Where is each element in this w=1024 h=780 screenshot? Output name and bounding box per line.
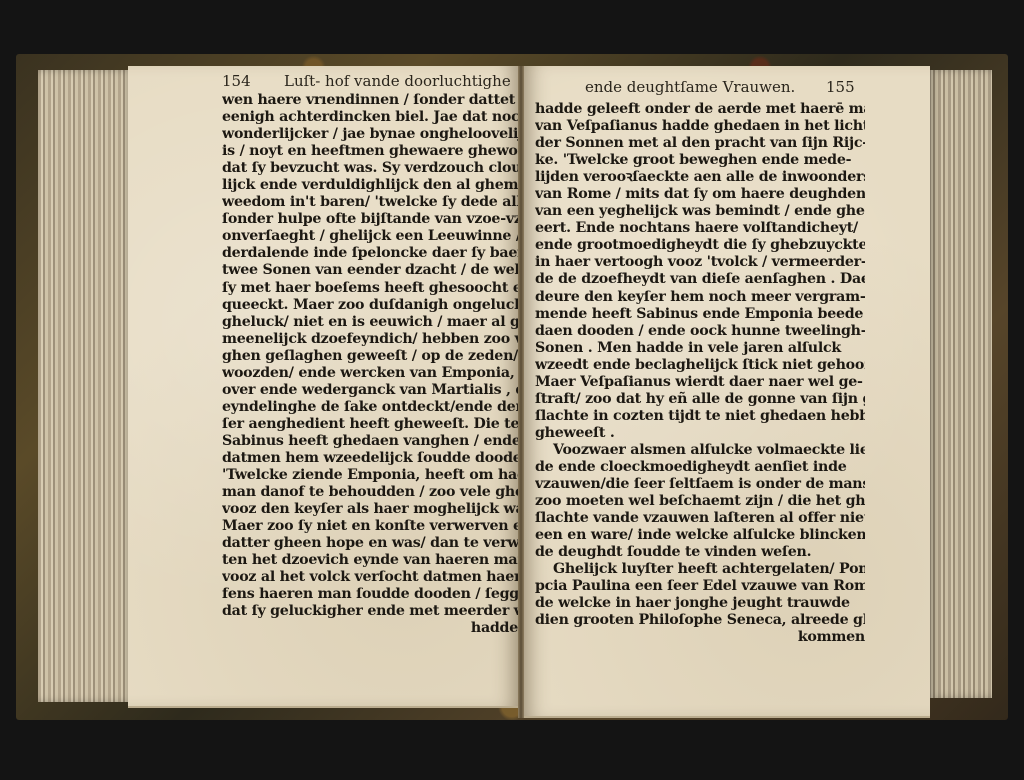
text-line: de welcke in haer jonghe jeught trauwde — [535, 595, 865, 612]
text-line: 'Twelcke ziende Emponia, heeft om haeren — [222, 467, 518, 484]
paragraph-start: Voozwaer alsmen alſulcke volmaeckte lief… — [535, 442, 865, 459]
text-line: deure den keyſer hem noch meer vergram- — [535, 289, 865, 306]
left-page-block — [38, 70, 134, 702]
text-line: wonderlijcker / jae bynae ongheloovelijc… — [222, 126, 518, 143]
text-line: lijden verooꝛſaeckte aen alle de inwoond… — [535, 169, 865, 186]
text-line: fens haeren man ſoudde dooden / ſegghend… — [222, 586, 518, 603]
text-line: ſlachte in cozten tijdt te niet ghedaen … — [535, 408, 865, 425]
left-page-text: wen haere vrıendinnen / ſonder dattet op… — [222, 92, 518, 638]
text-line: de deughdt ſoudde te vinden weſen. — [535, 544, 865, 561]
text-line: mende heeft Sabinus ende Emponia beede g… — [535, 306, 865, 323]
text-line: wzeedt ende beclaghelijck ſtick niet geh… — [535, 357, 865, 374]
text-line: vzauwen/die ſeer ſeltſaem is onder de ma… — [535, 476, 865, 493]
text-line: man danof te behoudden / zoo vele ghedae… — [222, 484, 518, 501]
text-line: vooz al het volck verſocht datmen haer n… — [222, 569, 518, 586]
right-running-head: ende deughtſame Vrauwen. — [585, 78, 795, 96]
text-line: lijck ende verduldighlijck den al ghemee… — [222, 177, 518, 194]
text-line: ten het dzoevich eynde van haeren man/he… — [222, 552, 518, 569]
text-line: in haer vertoogh vooz 'tvolck / vermeerd… — [535, 254, 865, 271]
paragraph-start: Ghelijck luyſter heeft achtergelaten/ Po… — [535, 561, 865, 578]
text-line: over ende wederganck van Martialis , dat — [222, 382, 518, 399]
text-line: een en ware/ inde welcke alſulcke blinck… — [535, 527, 865, 544]
text-line: dat ſy bevzucht was. Sy verdzouch clouck… — [222, 160, 518, 177]
text-line: datter gheen hope en was/ dan te verwach… — [222, 535, 518, 552]
text-line: dien grooten Philoſophe Seneca, alreede … — [535, 612, 865, 629]
text-line: van Rome / mits dat ſy om haere deughden — [535, 186, 865, 203]
catchword: hadde — [222, 620, 518, 637]
text-line: dat ſy geluckigher ende met meerder vzeu… — [222, 603, 518, 620]
text-line: de ende cloeckmoedigheydt aenſiet inde — [535, 459, 865, 476]
text-line: meenelijck dzoefeyndich/ hebben zoo vele… — [222, 331, 518, 348]
text-line: twee Sonen van eender dzacht / de welcke — [222, 262, 518, 279]
text-line: datmen hem wzeedelijck ſoudde dooden. — [222, 450, 518, 467]
text-line: gheweeſt . — [535, 425, 865, 442]
left-running-head: Luſt- hof vande doorluchtighe — [284, 72, 511, 90]
text-line: derdalende inde ſpeloncke daer ſy baerſt — [222, 245, 518, 262]
text-line: woozden/ ende wercken van Emponia, den — [222, 365, 518, 382]
text-line: ſlachte vande vzauwen laſteren al offer … — [535, 510, 865, 527]
text-line: vooz den keyſer als haer moghelijck was. — [222, 501, 518, 518]
text-line: is / noyt en heeftmen ghewaere ghewozden — [222, 143, 518, 160]
right-page-text: hadde geleeft onder de aerde met haerē m… — [535, 101, 865, 647]
text-line: onverſaeght / ghelijck een Leeuwinne / n… — [222, 228, 518, 245]
text-line: ghen geſlaghen geweeſt / op de zeden/ pl… — [222, 348, 518, 365]
right-folio: 155 — [826, 78, 855, 96]
right-page-block — [928, 70, 992, 698]
text-line: ſtraft/ zoo dat hy eñ alle de gonne van … — [535, 391, 865, 408]
left-folio: 154 — [222, 72, 251, 90]
text-line: daen dooden / ende oock hunne tweelingh- — [535, 323, 865, 340]
text-line: eenigh achterdincken biel. Jae dat noch — [222, 109, 518, 126]
text-line: van Veſpaſianus hadde ghedaen in het lic… — [535, 118, 865, 135]
text-line: van een yeghelijck was bemindt / ende gh… — [535, 203, 865, 220]
text-line: hadde geleeft onder de aerde met haerē m… — [535, 101, 865, 118]
text-line: weedom in't baren/ 'twelcke ſy dede alle… — [222, 194, 518, 211]
text-line: Sonen . Men hadde in vele jaren alſulck — [535, 340, 865, 357]
text-line: gheluck/ niet en is eeuwich / maer al gh… — [222, 314, 518, 331]
text-line: ſonder hulpe ofte bijſtande van vzoe-vza… — [222, 211, 518, 228]
text-line: ſer aenghedient heeft gheweeſt. Die terſ… — [222, 416, 518, 433]
text-line: ſy met haer boeſems heeft ghesoocht ende… — [222, 280, 518, 297]
text-line: wen haere vrıendinnen / ſonder dattet op — [222, 92, 518, 109]
text-line: Sabinus heeft ghedaen vanghen / ende bel… — [222, 433, 518, 450]
text-line: der Sonnen met al den pracht van ſijn Ri… — [535, 135, 865, 152]
text-line: pcia Paulina een ſeer Edel vzauwe van Ro… — [535, 578, 865, 595]
text-line: eert. Ende nochtans haere volſtandicheyt… — [535, 220, 865, 237]
text-line: zoo moeten wel beſchaemt zijn / die het … — [535, 493, 865, 510]
text-line: Maer zoo ſy niet en konſte verwerven end… — [222, 518, 518, 535]
text-line: ende grootmoedigheydt die ſy ghebzuyckte — [535, 237, 865, 254]
text-line: ke. 'Twelcke groot beweghen ende mede- — [535, 152, 865, 169]
catchword: kommen — [535, 629, 865, 646]
text-line: queeckt. Maer zoo duſdanigh ongeluckigh — [222, 297, 518, 314]
book-photograph: 154 Luſt- hof vande doorluchtighe ende d… — [0, 0, 1024, 780]
text-line: de de dzoefheydt van dieſe aenſaghen . D… — [535, 271, 865, 288]
text-line: eyndelinghe de ſake ontdeckt/ende den ke… — [222, 399, 518, 416]
text-line: Maer Veſpaſianus wierdt daer naer wel ge… — [535, 374, 865, 391]
gutter — [518, 66, 524, 718]
